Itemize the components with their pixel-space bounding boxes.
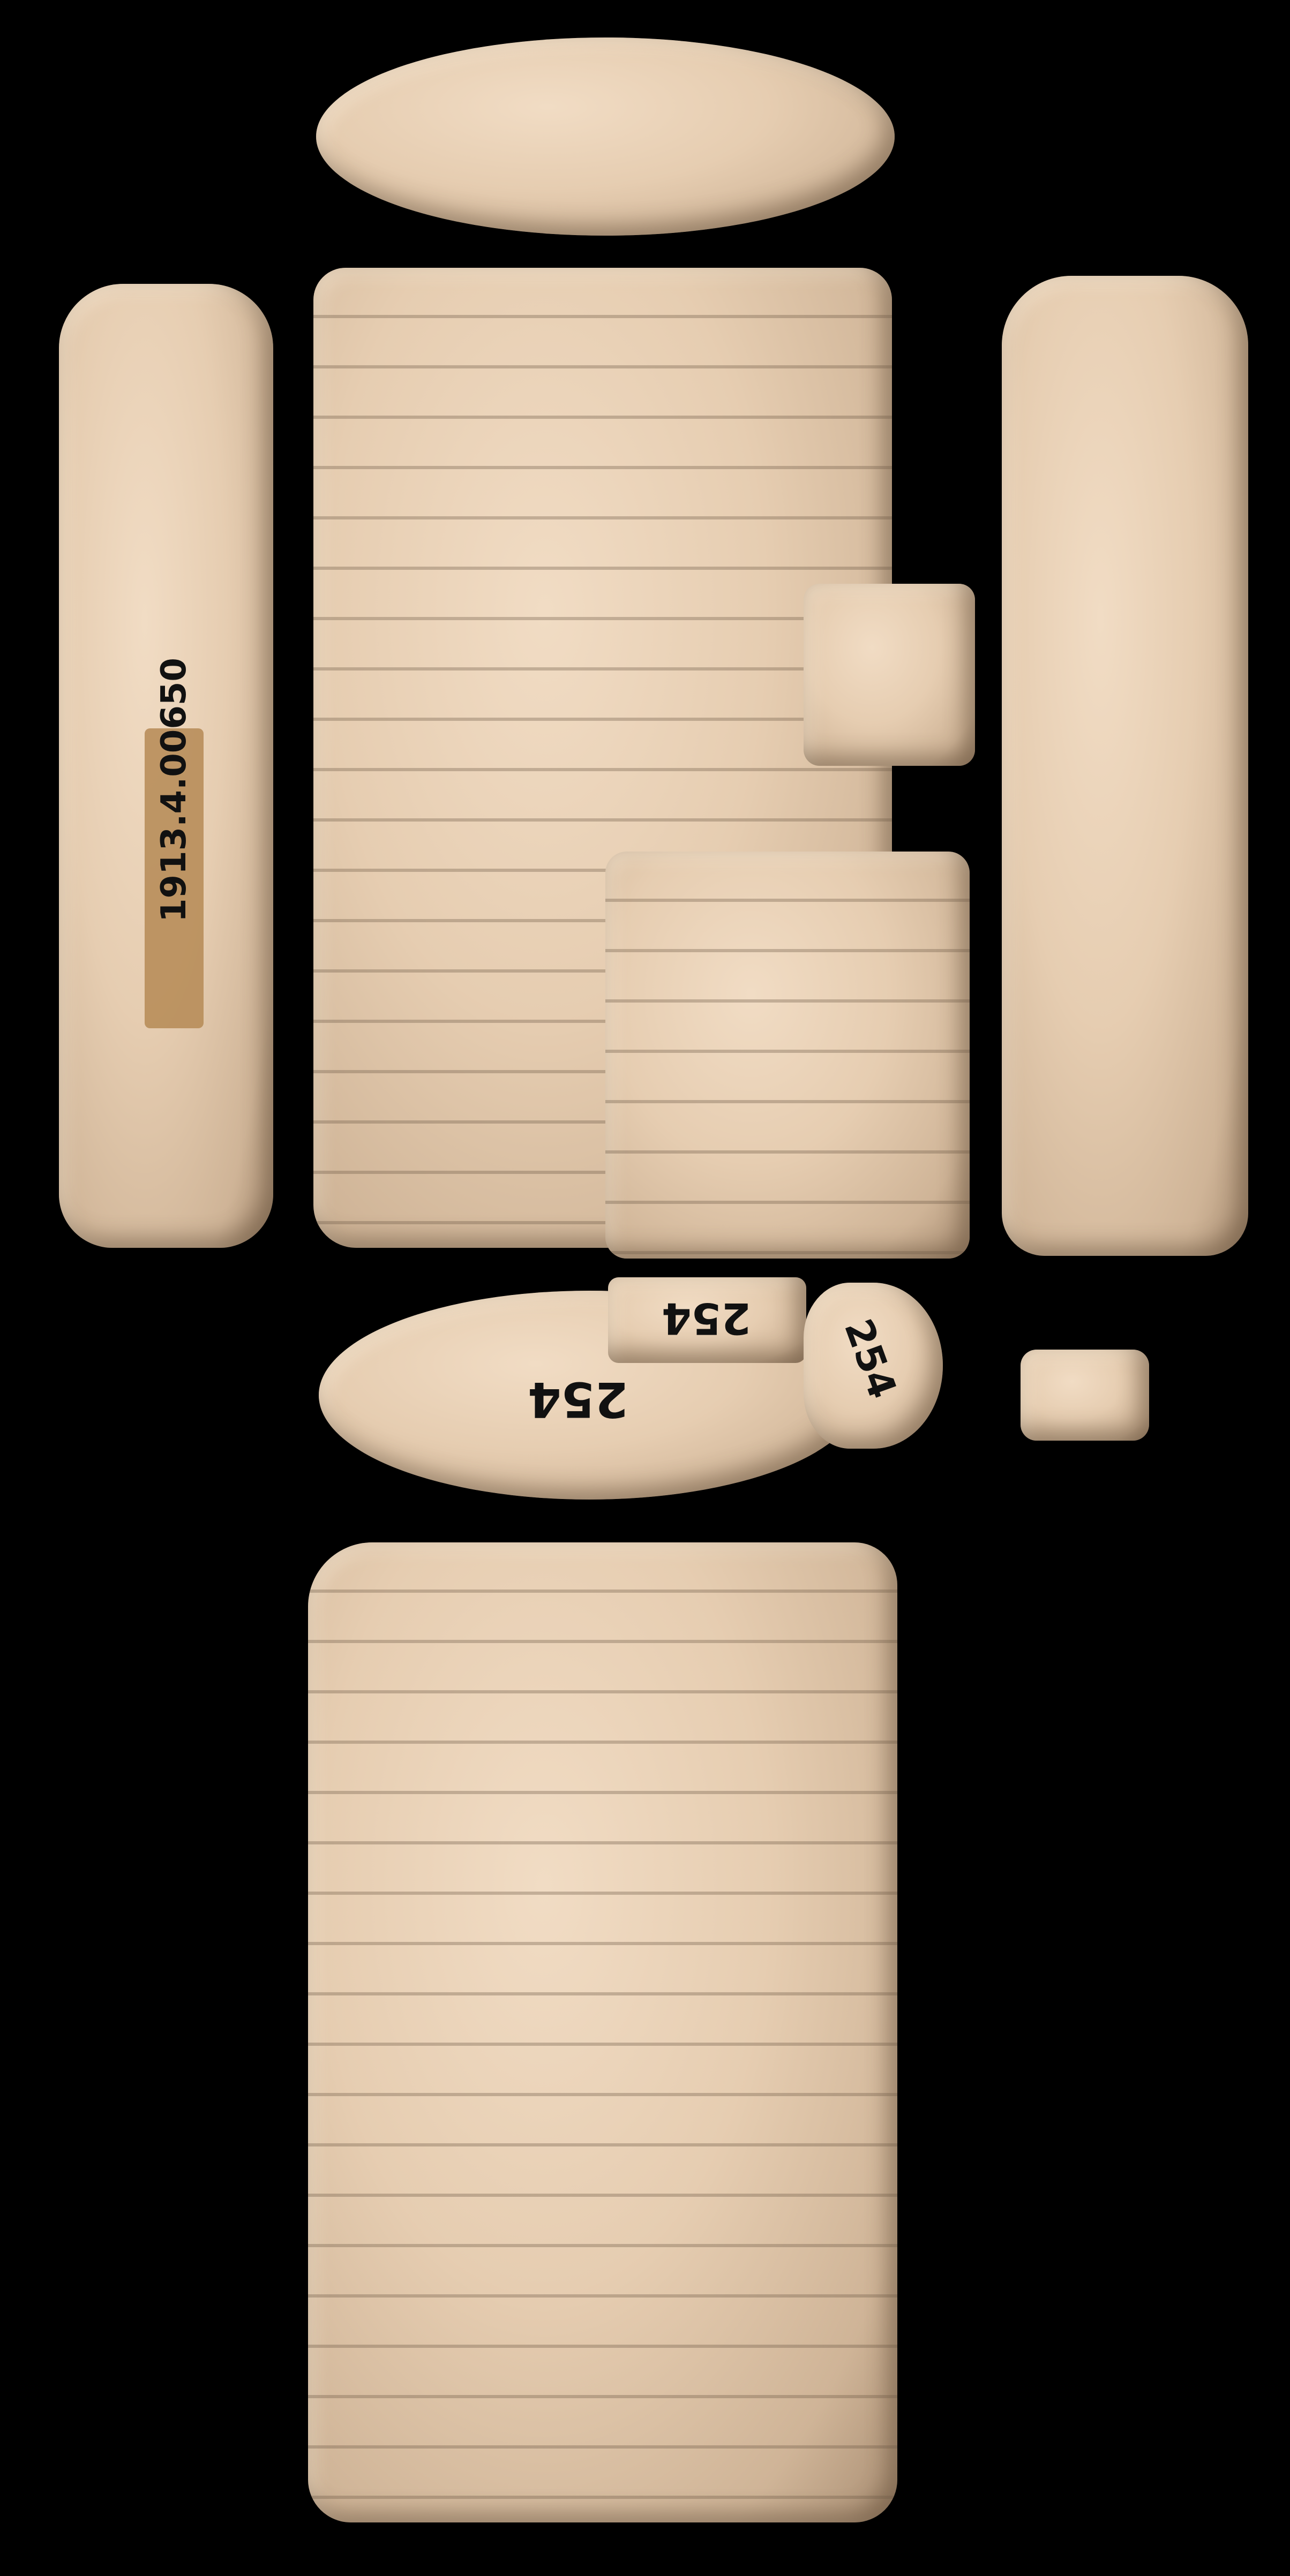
inscription-lines [308,1542,897,2522]
bottom-edge-fragment-round: 254 [804,1283,943,1449]
inscription-lines [605,852,970,1259]
fragment-number-label: 254 [836,1313,905,1404]
right-edge [1002,276,1248,1256]
obverse-fragment-lower [605,852,970,1259]
loose-fragment [1021,1350,1149,1441]
top-edge [316,37,895,236]
reverse [308,1542,897,2522]
bottom-edge-fragment: 254 [608,1277,806,1363]
fragment-number-label: 254 [662,1293,751,1343]
obverse-fragment-right [804,584,975,766]
museum-number-label: 1913.4.00650 [154,842,194,922]
left-edge: 1913.4.00650 [59,284,273,1248]
fragment-number-label: 254 [528,1371,628,1427]
